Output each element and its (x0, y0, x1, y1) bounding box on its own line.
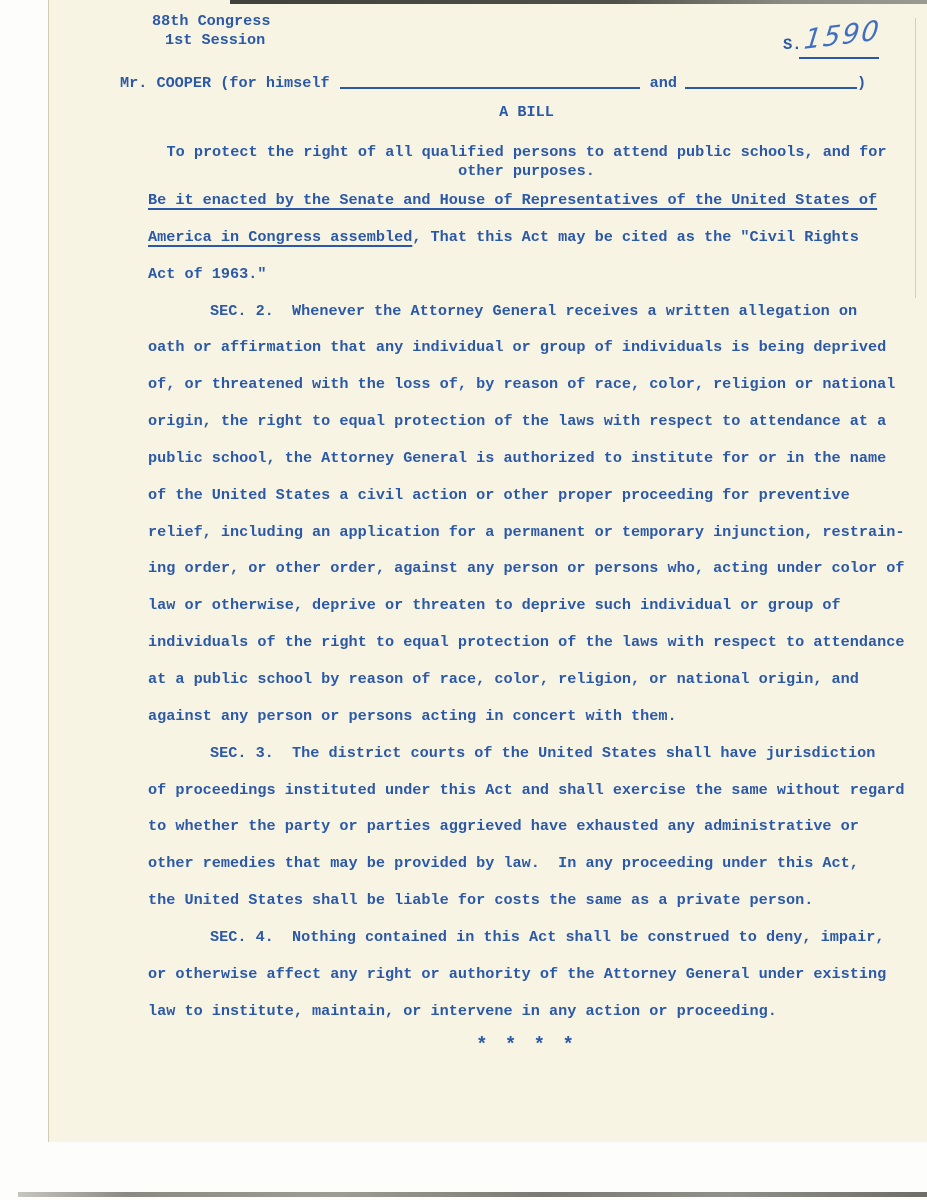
underlined-text: America in Congress assembled (148, 228, 412, 246)
body-text: oath or affirmation that any individual … (148, 338, 886, 356)
sponsor-blank-2 (685, 73, 857, 89)
sponsor-line: Mr. COOPER (for himselfand) (120, 71, 866, 92)
body-text: at a public school by reason of race, co… (148, 670, 859, 688)
body-line: of, or threatened with the loss of, by r… (148, 374, 918, 411)
body-text: other remedies that may be provided by l… (148, 854, 859, 872)
body-text: against any person or persons acting in … (148, 707, 677, 725)
body-line: law to institute, maintain, or intervene… (148, 1001, 918, 1038)
sponsor-intro: Mr. COOPER (for himself (120, 74, 330, 92)
body-line: the United States shall be liable for co… (148, 890, 918, 927)
body-line: against any person or persons acting in … (148, 706, 918, 743)
body-text: SEC. 3. The district courts of the Unite… (210, 744, 875, 762)
preamble-line-1: To protect the right of all qualified pe… (166, 143, 886, 161)
body-text: ing order, or other order, against any p… (148, 559, 904, 577)
body-text: SEC. 2. Whenever the Attorney General re… (210, 302, 857, 320)
body-line: SEC. 3. The district courts of the Unite… (148, 743, 918, 780)
preamble-line-2: other purposes. (458, 162, 595, 180)
body-text: Act of 1963." (148, 265, 266, 283)
body-line: SEC. 2. Whenever the Attorney General re… (148, 301, 918, 338)
body-line: other remedies that may be provided by l… (148, 853, 918, 890)
body-text: SEC. 4. Nothing contained in this Act sh… (210, 928, 884, 946)
bill-title: A BILL (148, 103, 905, 121)
body-line: Act of 1963." (148, 264, 918, 301)
body-line: SEC. 4. Nothing contained in this Act sh… (148, 927, 918, 964)
body-line: America in Congress assembled, That this… (148, 227, 918, 264)
body-text: public school, the Attorney General is a… (148, 449, 886, 467)
bill-number-prefix: S. (783, 36, 802, 54)
body-line: relief, including an application for a p… (148, 522, 918, 559)
scan-edge-top (230, 0, 927, 4)
sponsor-close-paren: ) (857, 74, 866, 92)
bill-number-underline (799, 57, 879, 59)
bill-preamble: To protect the right of all qualified pe… (148, 143, 905, 180)
body-text: of the United States a civil action or o… (148, 486, 850, 504)
sponsor-and: and (650, 74, 677, 92)
body-text: law or otherwise, deprive or threaten to… (148, 596, 841, 614)
body-text: individuals of the right to equal protec… (148, 633, 904, 651)
body-text: law to institute, maintain, or intervene… (148, 1002, 777, 1020)
body-line: to whether the party or parties aggrieve… (148, 816, 918, 853)
scan-edge-bottom (18, 1192, 927, 1197)
body-text: relief, including an application for a p… (148, 523, 904, 541)
body-line: origin, the right to equal protection of… (148, 411, 918, 448)
body-text: origin, the right to equal protection of… (148, 412, 886, 430)
footer-stars: * * * * (148, 1034, 905, 1056)
body-line: oath or affirmation that any individual … (148, 337, 918, 374)
body-text: the United States shall be liable for co… (148, 891, 813, 909)
body-text: to whether the party or parties aggrieve… (148, 817, 859, 835)
body-text: , That this Act may be cited as the "Civ… (412, 228, 859, 246)
body-text: of, or threatened with the loss of, by r… (148, 375, 895, 393)
sponsor-blank-1 (340, 73, 640, 89)
body-line: Be it enacted by the Senate and House of… (148, 190, 918, 227)
bill-body: Be it enacted by the Senate and House of… (148, 190, 918, 1037)
body-line: individuals of the right to equal protec… (148, 632, 918, 669)
session-line: 1st Session (152, 31, 270, 50)
body-line: of the United States a civil action or o… (148, 485, 918, 522)
paper-left-crease (48, 0, 49, 1142)
body-line: of proceedings instituted under this Act… (148, 780, 918, 817)
scanned-bill-page: 88th Congress1st Session S. 1590 Mr. COO… (0, 0, 927, 1200)
body-text: or otherwise affect any right or authori… (148, 965, 886, 983)
body-line: at a public school by reason of race, co… (148, 669, 918, 706)
body-line: law or otherwise, deprive or threaten to… (148, 595, 918, 632)
body-line: or otherwise affect any right or authori… (148, 964, 918, 1001)
congress-header: 88th Congress1st Session (152, 12, 270, 50)
body-line: public school, the Attorney General is a… (148, 448, 918, 485)
body-line: ing order, or other order, against any p… (148, 558, 918, 595)
congress-line: 88th Congress (152, 12, 270, 30)
body-text: of proceedings instituted under this Act… (148, 781, 904, 799)
underlined-text: Be it enacted by the Senate and House of… (148, 191, 877, 209)
